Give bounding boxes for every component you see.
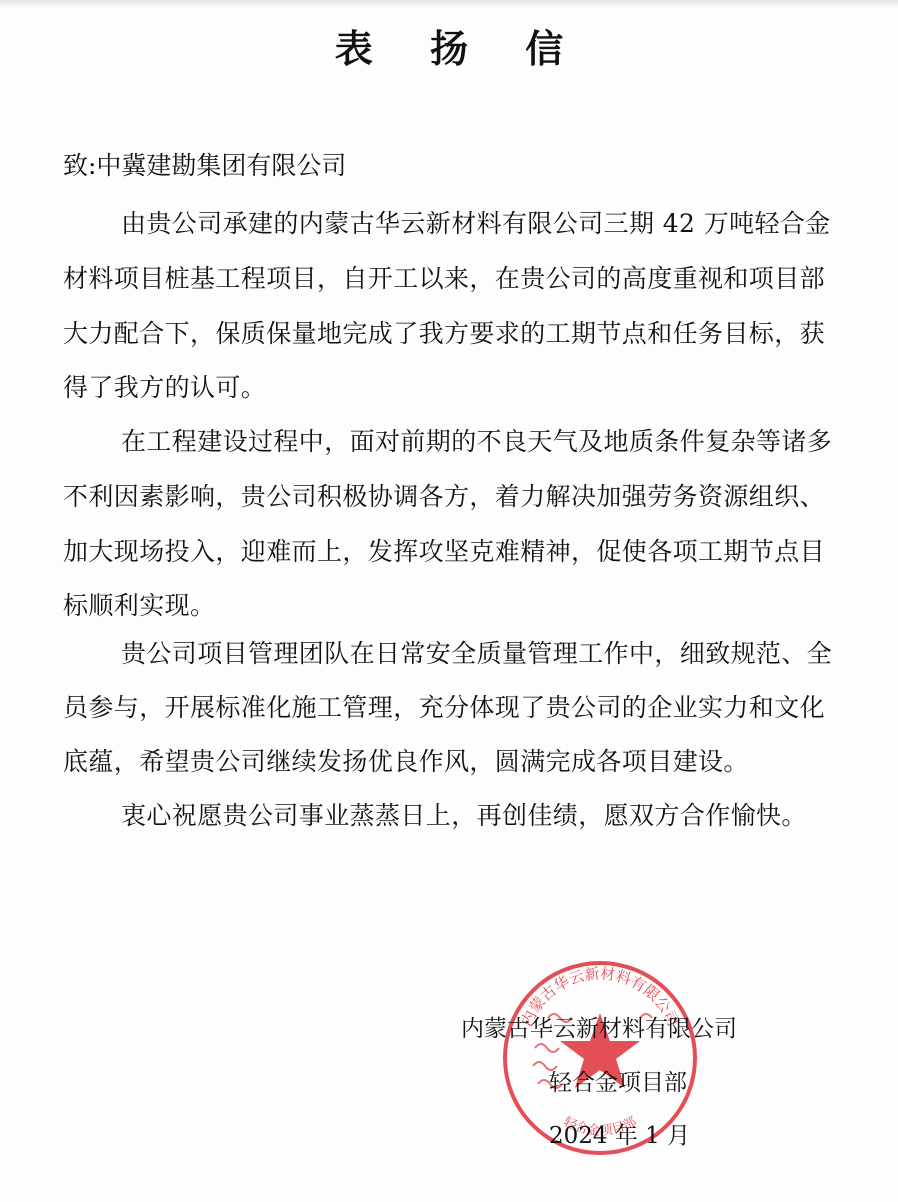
letter-title: 表 扬 信 [0, 18, 898, 73]
paragraph-line: 标顺利实现。 [63, 586, 215, 622]
paragraph-line: 不利因素影响，贵公司积极协调各方，着力解决加强劳务资源组织、 [63, 477, 825, 513]
paragraph-line: 在工程建设过程中，面对前期的不良天气及地质条件复杂等诸多 [121, 422, 832, 458]
paragraph-line: 材料项目桩基工程项目，自开工以来，在贵公司的高度重视和项目部 [63, 259, 825, 295]
scan-edge-shade [0, 0, 898, 8]
salutation: 致:中冀建勘集团有限公司 [63, 146, 346, 182]
signature-company: 内蒙古华云新材料有限公司 [461, 1010, 737, 1043]
paragraph-line: 由贵公司承建的内蒙古华云新材料有限公司三期 42 万吨轻合金 [121, 204, 831, 240]
paragraph-line: 贵公司项目管理团队在日常安全质量管理工作中，细致规范、全 [121, 634, 832, 670]
paragraph-line: 衷心祝愿贵公司事业蒸蒸日上，再创佳绩，愿双方合作愉快。 [121, 796, 807, 832]
paragraph-line: 加大现场投入，迎难而上，发挥攻坚克难精神，促使各项工期节点目 [63, 532, 825, 568]
paragraph-line: 大力配合下，保质保量地完成了我方要求的工期节点和任务目标，获 [63, 314, 825, 350]
signature-date: 2024 年 1 月 [549, 1117, 690, 1150]
paragraph-line: 底蕴，希望贵公司继续发扬优良作风，圆满完成各项目建设。 [63, 742, 749, 778]
paragraph-line: 员参与，开展标准化施工管理，充分体现了贵公司的企业实力和文化 [63, 688, 825, 724]
signature-department: 轻合金项目部 [549, 1064, 687, 1097]
paragraph-line: 得了我方的认可。 [63, 368, 266, 404]
